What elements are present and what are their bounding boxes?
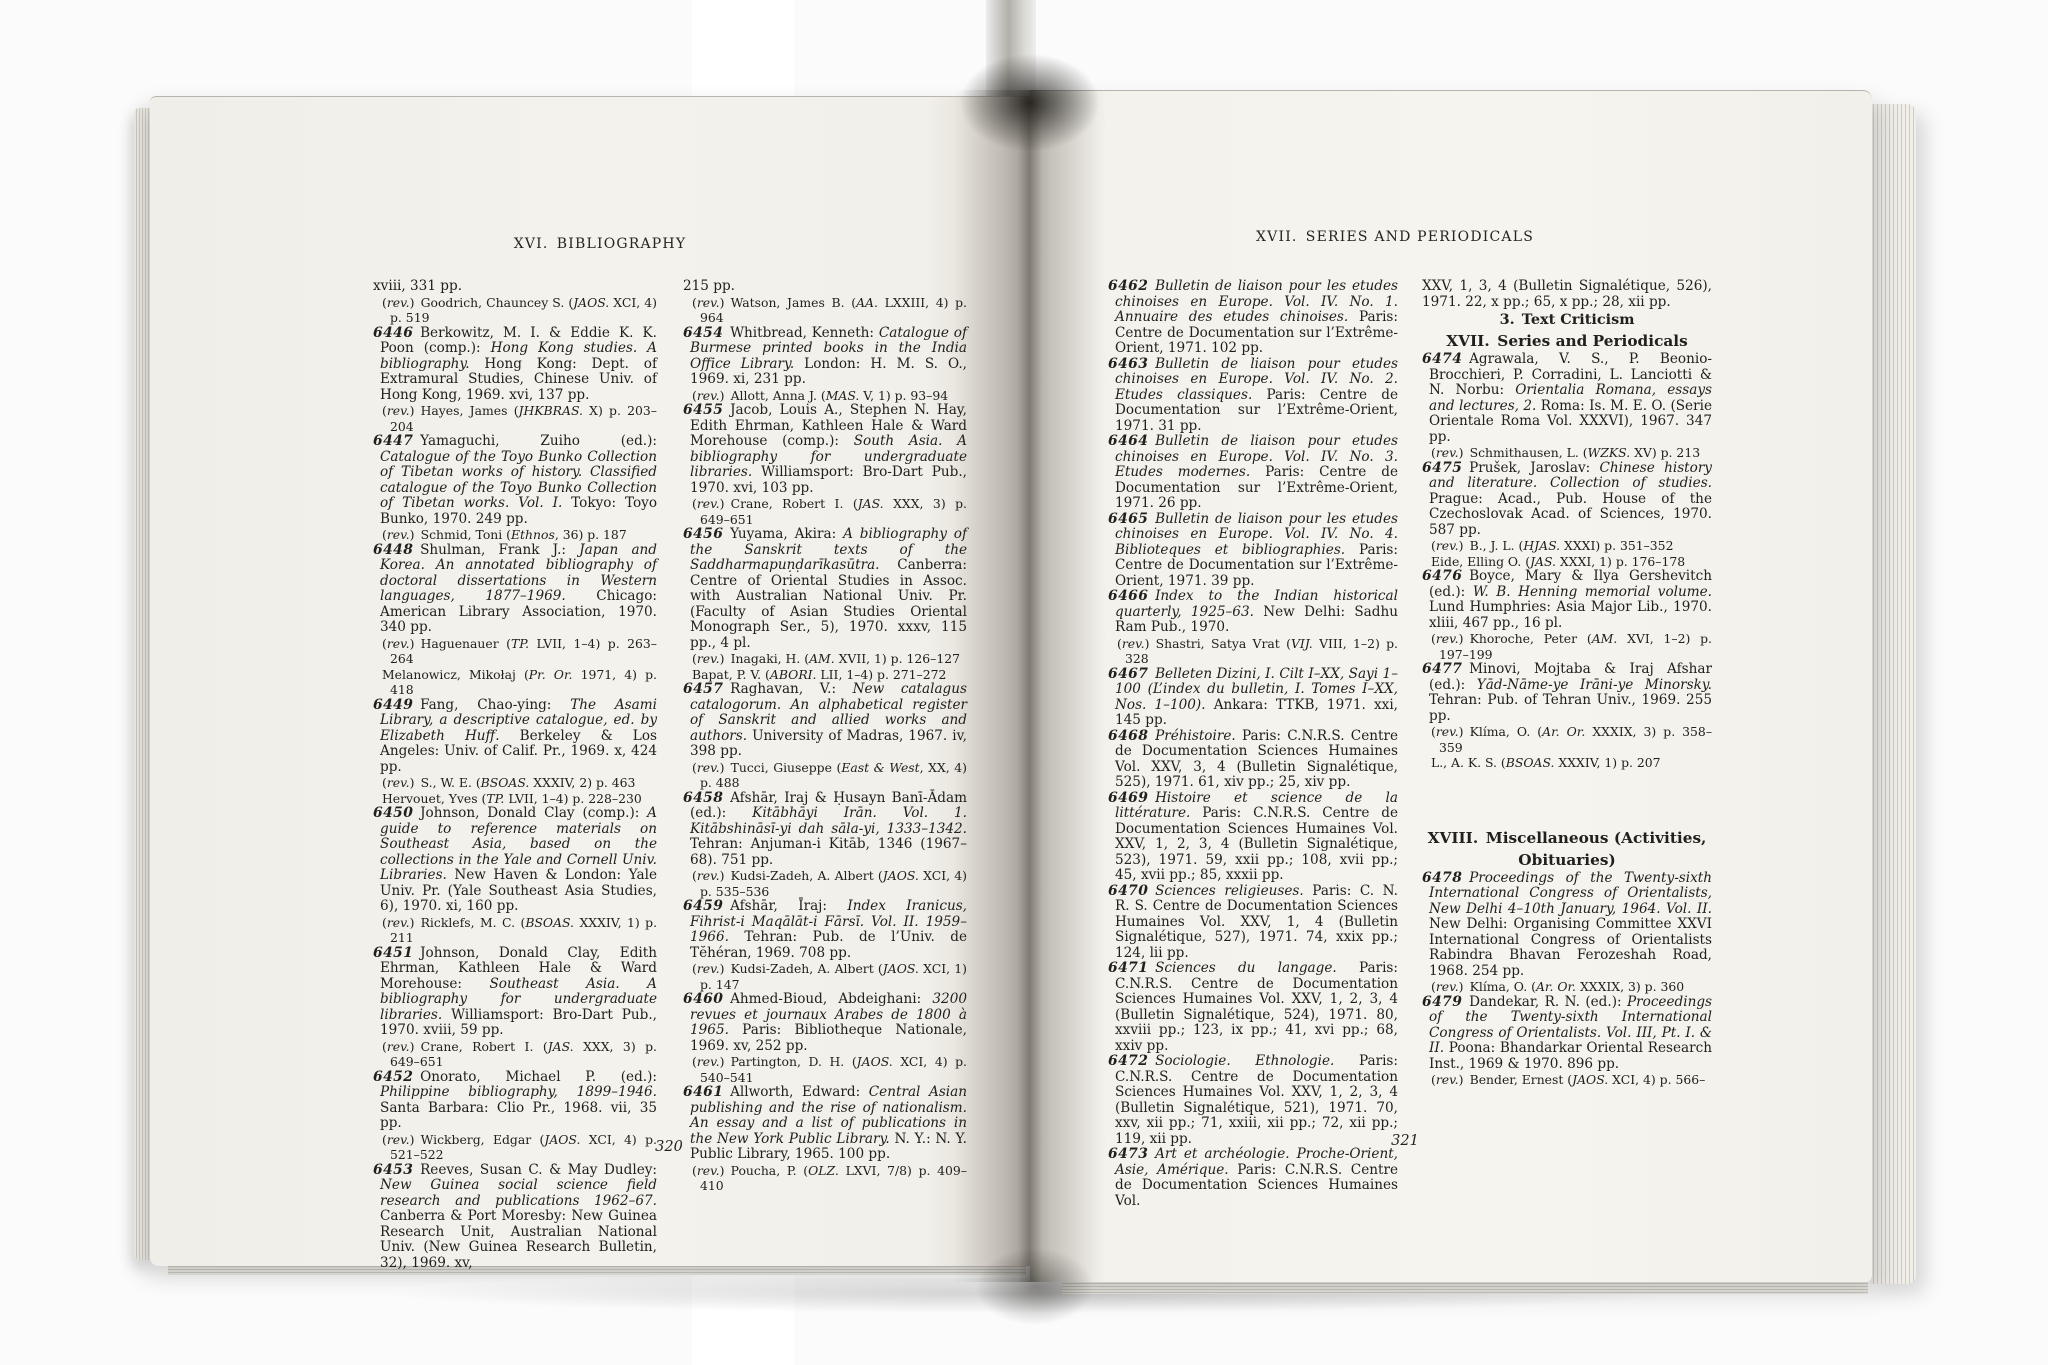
entry-number: 6472 (1108, 1053, 1148, 1069)
review-line: (rev.) Tucci, Giuseppe (East & West, XX,… (683, 760, 967, 791)
entry-6479: 6479 Dandekar, R. N. (ed.): Proceedings … (1422, 995, 1712, 1073)
entry-6453: 6453 Reeves, Susan C. & May Dudley: New … (373, 1163, 657, 1272)
entry-6455: 6455 Jacob, Louis A., Stephen N. Hay, Ed… (683, 403, 967, 496)
entry-6450: 6450 Johnson, Donald Clay (comp.): A gui… (373, 806, 657, 915)
entry-6446: 6446 Berkowitz, M. I. & Eddie K. K. Poon… (373, 326, 657, 404)
entry-6466: 6466 Index to the Indian historical quar… (1108, 589, 1398, 636)
review-line: (rev.) S., W. E. (BSOAS. XXXIV, 2) p. 46… (373, 775, 657, 791)
entry-number: 6465 (1108, 511, 1148, 527)
entry-6478: 6478 Proceedings of the Twenty-sixth Int… (1422, 871, 1712, 980)
left-page-column-1: xviii, 331 pp.(rev.) Goodrich, Chauncey … (373, 279, 657, 1271)
book-photo: { "colors": { "page": "#f4f2ec", "ink": … (0, 0, 2048, 1365)
entry-6471: 6471 Sciences du langage. Paris: C.N.R.S… (1108, 961, 1398, 1054)
review-line: (rev.) Poucha, P. (OLZ. LXVI, 7/8) p. 40… (683, 1163, 967, 1194)
entry-6467: 6467 Belleten Dizini, I. Cilt I–XX, Sayi… (1108, 667, 1398, 729)
entry-6449: 6449 Fang, Chao-ying: The Asami Library,… (373, 698, 657, 776)
review-line: (rev.) Schmid, Toni (Ethnos, 36) p. 187 (373, 527, 657, 543)
review-line: (rev.) Klíma, O. (Ar. Or. XXXIX, 3) p. 3… (1422, 979, 1712, 995)
section-heading: 3. Text Criticism (1422, 310, 1712, 330)
entry-6465: 6465 Bulletin de liaison pour les etudes… (1108, 512, 1398, 590)
page-stack-bottom-right (1062, 1281, 1868, 1294)
review-line: (rev.) Kudsi-Zadeh, A. Albert (JAOS. XCI… (683, 868, 967, 899)
entry-6447: 6447 Yamaguchi, Zuiho (ed.): Catalogue o… (373, 434, 657, 527)
entry-number: 6452 (373, 1069, 413, 1085)
paragraph-continuation: 215 pp. (683, 279, 967, 295)
entry-number: 6454 (683, 325, 723, 341)
review-line: (rev.) Schmithausen, L. (WZKS. XV) p. 21… (1422, 445, 1712, 461)
left-page-column-2: 215 pp.(rev.) Watson, James B. (AA. LXXI… (683, 279, 967, 1194)
review-line: (rev.) Ricklefs, M. C. (BSOAS. XXXIV, 1)… (373, 915, 657, 946)
entry-number: 6459 (683, 898, 723, 914)
entry-number: 6479 (1422, 994, 1462, 1010)
entry-6474: 6474 Agrawala, V. S., P. Beonio-Brocchie… (1422, 352, 1712, 445)
entry-number: 6471 (1108, 960, 1148, 976)
entry-number: 6449 (373, 697, 413, 713)
entry-number: 6467 (1108, 666, 1148, 682)
entry-number: 6448 (373, 542, 413, 558)
entry-number: 6458 (683, 790, 723, 806)
entry-6457: 6457 Raghavan, V.: New catalagus catalog… (683, 682, 967, 760)
right-page-number: 321 (1105, 1133, 1705, 1149)
review-line: (rev.) Hayes, James (JHKBRAS. X) p. 203–… (373, 403, 657, 434)
entry-number: 6456 (683, 526, 723, 542)
entry-6463: 6463 Bulletin de liaison pour etudes chi… (1108, 357, 1398, 435)
left-page-number: 320 (369, 1139, 969, 1155)
entry-number: 6466 (1108, 588, 1148, 604)
section-heading: XVII. Series and Periodicals (1422, 330, 1712, 352)
review-line: (rev.) Shastri, Satya Vrat (VIJ. VIII, 1… (1108, 636, 1398, 667)
review-line: (rev.) Kudsi-Zadeh, A. Albert (JAOS. XCI… (683, 961, 967, 992)
paragraph-continuation: xviii, 331 pp. (373, 279, 657, 295)
entry-6475: 6475 Prušek, Jaroslav: Chinese history a… (1422, 461, 1712, 539)
entry-number: 6475 (1422, 460, 1462, 476)
entry-number: 6464 (1108, 433, 1148, 449)
paragraph-continuation: XXV, 1, 3, 4 (Bulletin Signalétique, 526… (1422, 279, 1712, 310)
review-line: Bapat, P. V. (ABORI. LII, 1–4) p. 271–27… (683, 667, 967, 683)
review-line: (rev.) Haguenauer (TP. LVII, 1–4) p. 263… (373, 636, 657, 667)
spine-strip-top (986, 0, 1036, 98)
entry-number: 6478 (1422, 870, 1462, 886)
entry-6451: 6451 Johnson, Donald Clay, Edith Ehrman,… (373, 946, 657, 1039)
review-line: (rev.) Goodrich, Chauncey S. (JAOS. XCI,… (373, 295, 657, 326)
entry-6477: 6477 Minovi, Mojtaba & Iraj Afshar (ed.)… (1422, 662, 1712, 724)
entry-6458: 6458 Afshār, Iraj & Ḥusayn Banī-Ādam (ed… (683, 791, 967, 869)
page-stack-fore-edge (1870, 104, 1916, 1284)
entry-number: 6453 (373, 1162, 413, 1178)
entry-6473: 6473 Art et archéologie. Proche-Orient, … (1108, 1147, 1398, 1209)
review-line: Melanowicz, Mikołaj (Pr. Or. 1971, 4) p.… (373, 667, 657, 698)
review-line: (rev.) Bender, Ernest (JAOS. XCI, 4) p. … (1422, 1072, 1712, 1088)
review-line: (rev.) Inagaki, H. (AM. XVII, 1) p. 126–… (683, 651, 967, 667)
entry-number: 6461 (683, 1084, 723, 1100)
review-line: Hervouet, Yves (TP. LVII, 1–4) p. 228–23… (373, 791, 657, 807)
review-line: Eide, Elling O. (JAS. XXXI, 1) p. 176–17… (1422, 554, 1712, 570)
entry-number: 6470 (1108, 883, 1148, 899)
entry-6460: 6460 Ahmed-Bioud, Abdeighani: 3200 revue… (683, 992, 967, 1054)
review-line: (rev.) B., J. L. (HJAS. XXXI) p. 351–352 (1422, 538, 1712, 554)
review-line: (rev.) Allott, Anna J. (MAS. V, 1) p. 93… (683, 388, 967, 404)
section-heading: XVIII. Miscellaneous (Activities, Obitua… (1422, 827, 1712, 871)
entry-6454: 6454 Whitbread, Kenneth: Catalogue of Bu… (683, 326, 967, 388)
review-line: (rev.) Watson, James B. (AA. LXXIII, 4) … (683, 295, 967, 326)
entry-6469: 6469 Histoire et science de la littératu… (1108, 791, 1398, 884)
entry-6448: 6448 Shulman, Frank J.: Japan and Korea.… (373, 543, 657, 636)
entry-number: 6468 (1108, 728, 1148, 744)
entry-number: 6463 (1108, 356, 1148, 372)
entry-6464: 6464 Bulletin de liaison pour etudes chi… (1108, 434, 1398, 512)
entry-number: 6451 (373, 945, 413, 961)
entry-number: 6455 (683, 402, 723, 418)
left-running-head: XVI. BIBLIOGRAPHY (320, 236, 880, 252)
right-page-column-2: XXV, 1, 3, 4 (Bulletin Signalétique, 526… (1422, 279, 1712, 1088)
entry-number: 6447 (373, 433, 413, 449)
entry-6462: 6462 Bulletin de liaison pour les etudes… (1108, 279, 1398, 357)
entry-6470: 6470 Sciences religieuses. Paris: C. N. … (1108, 884, 1398, 962)
review-line: (rev.) Crane, Robert I. (JAS. XXX, 3) p.… (683, 496, 967, 527)
right-running-head: XVII. SERIES AND PERIODICALS (1105, 229, 1685, 245)
entry-6468: 6468 Préhistoire. Paris: C.N.R.S. Centre… (1108, 729, 1398, 791)
review-line: L., A. K. S. (BSOAS. XXXIV, 1) p. 207 (1422, 755, 1712, 771)
entry-6452: 6452 Onorato, Michael P. (ed.): Philippi… (373, 1070, 657, 1132)
entry-number: 6474 (1422, 351, 1462, 367)
entry-6459: 6459 Afshār, Īraj: Index Iranicus, Fihri… (683, 899, 967, 961)
entry-number: 6457 (683, 681, 723, 697)
review-line: (rev.) Partington, D. H. (JAOS. XCI, 4) … (683, 1054, 967, 1085)
review-line: (rev.) Klíma, O. (Ar. Or. XXXIX, 3) p. 3… (1422, 724, 1712, 755)
entry-number: 6477 (1422, 661, 1462, 677)
entry-number: 6462 (1108, 278, 1148, 294)
entry-6456: 6456 Yuyama, Akira: A bibliography of th… (683, 527, 967, 651)
entry-number: 6450 (373, 805, 413, 821)
right-page-column-1: 6462 Bulletin de liaison pour les etudes… (1108, 279, 1398, 1209)
entry-6476: 6476 Boyce, Mary & Ilya Gershevitch (ed.… (1422, 569, 1712, 631)
entry-number: 6460 (683, 991, 723, 1007)
review-line: (rev.) Crane, Robert I. (JAS. XXX, 3) p.… (373, 1039, 657, 1070)
review-line: (rev.) Khoroche, Peter (AM. XVI, 1–2) p.… (1422, 631, 1712, 662)
entry-number: 6476 (1422, 568, 1462, 584)
entry-number: 6446 (373, 325, 413, 341)
entry-number: 6469 (1108, 790, 1148, 806)
